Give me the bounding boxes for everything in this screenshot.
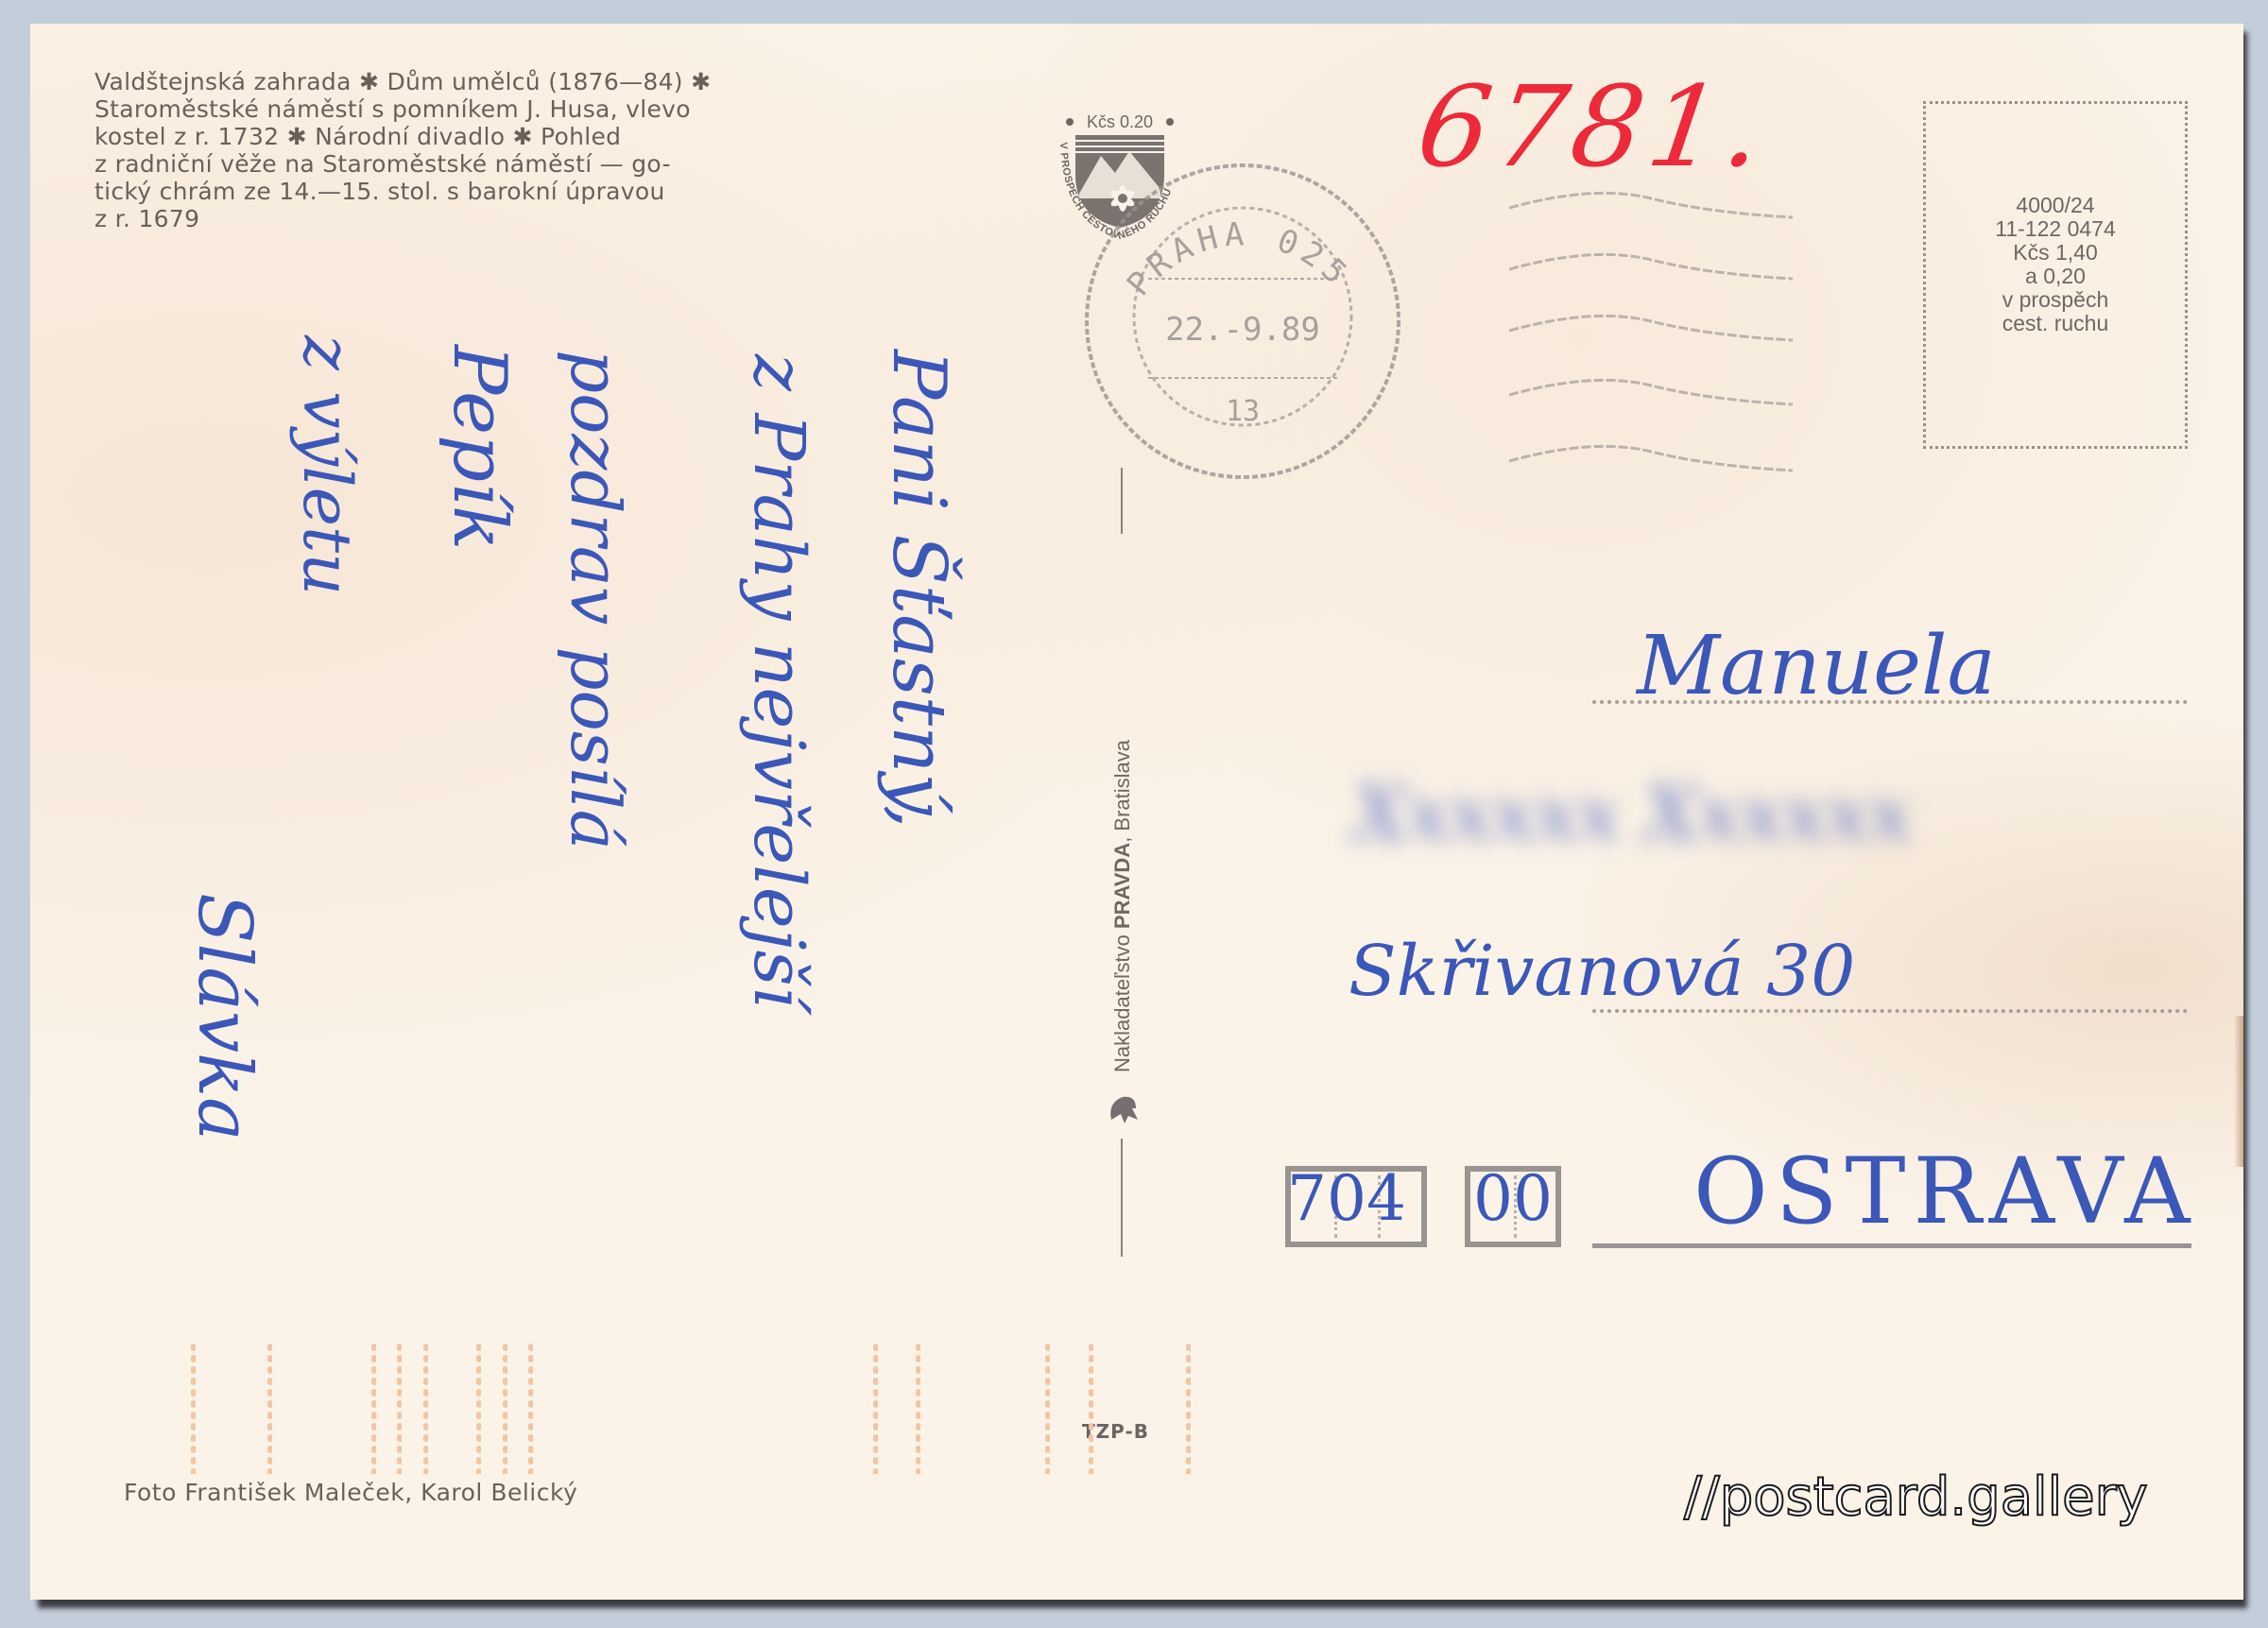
message-line: z Prahy nejvřelejší [738,354,819,1008]
caption-line: Valdštejnská zahrada ✱ Dům umělců (1876—… [94,68,926,95]
perforation-marks [1045,1342,1050,1474]
postcard-back: Valdštejnská zahrada ✱ Dům umělců (1876—… [30,24,2243,1600]
perforation-marks [528,1342,533,1474]
caption-line: z r. 1679 [94,205,926,232]
photo-caption: Valdštejnská zahrada ✱ Dům umělců (1876—… [94,68,926,232]
message-line: z výletu [288,335,366,595]
archive-number: 6781. [1410,61,1776,192]
perforation-marks [1186,1342,1191,1474]
address-redacted-surname: Xxxxxx Xxxxxx [1353,770,2204,883]
caption-line: Staroměstské náměstí s pomníkem J. Husa,… [94,95,926,123]
photo-credit: Foto František Maleček, Karol Belický [124,1479,577,1506]
postal-code-part-2: 00 [1473,1162,1553,1235]
perforation-marks [503,1342,507,1474]
address-name: Manuela [1637,619,1996,713]
postmark-date: 22.-9.89 [1165,311,1320,349]
address-street: Skřivanová 30 [1349,931,1855,1012]
perforation-marks [873,1342,878,1474]
edge-stain [2234,1016,2243,1167]
message-line: Pani Šťastný, [876,350,961,829]
center-divider-bottom [1121,1139,1123,1257]
perforation-marks [267,1342,272,1474]
message-signature: Slávka [181,893,266,1141]
caption-line: kostel z r. 1732 ✱ Národní divadlo ✱ Poh… [94,123,926,150]
stamp-box-text: 4000/24 11-122 0474 Kčs 1,40 a 0,20 v pr… [1923,194,2188,335]
svg-text:Kčs 0.20: Kčs 0.20 [1087,112,1153,131]
postmark-city: PRAHA 025 [1120,215,1358,303]
postmark-icon: PRAHA 025 22.-9.89 13 [1073,151,1413,491]
address-city: OSTRAVA [1693,1139,2197,1244]
message-line: pozdrav posílá [556,350,635,850]
caption-line: z radniční věže na Staroměstské náměstí … [94,150,926,178]
perforation-marks [397,1342,402,1474]
perforation-marks [423,1342,428,1474]
perforation-marks [916,1342,920,1474]
perforation-marks [476,1342,481,1474]
publisher-logo-icon [1106,1091,1142,1127]
postal-code-part-1: 704 [1287,1162,1406,1235]
message-line: Pepík [437,345,522,550]
postmark-hour: 13 [1226,395,1260,428]
cancellation-lines-icon [1509,189,1793,501]
publisher-imprint: Nakladateľstvo PRAVDA, Bratislava [1110,740,1135,1072]
perforation-marks [371,1342,376,1474]
publisher-name: PRAVDA [1110,843,1134,929]
perforation-marks [191,1342,196,1474]
perforation-marks [1089,1342,1093,1474]
caption-line: tický chrám ze 14.—15. stol. s barokní ú… [94,178,926,205]
watermark-text: //postcard.gallery [1684,1466,2148,1528]
svg-text:PRAHA 025: PRAHA 025 [1120,215,1358,303]
center-divider-top [1121,468,1123,534]
